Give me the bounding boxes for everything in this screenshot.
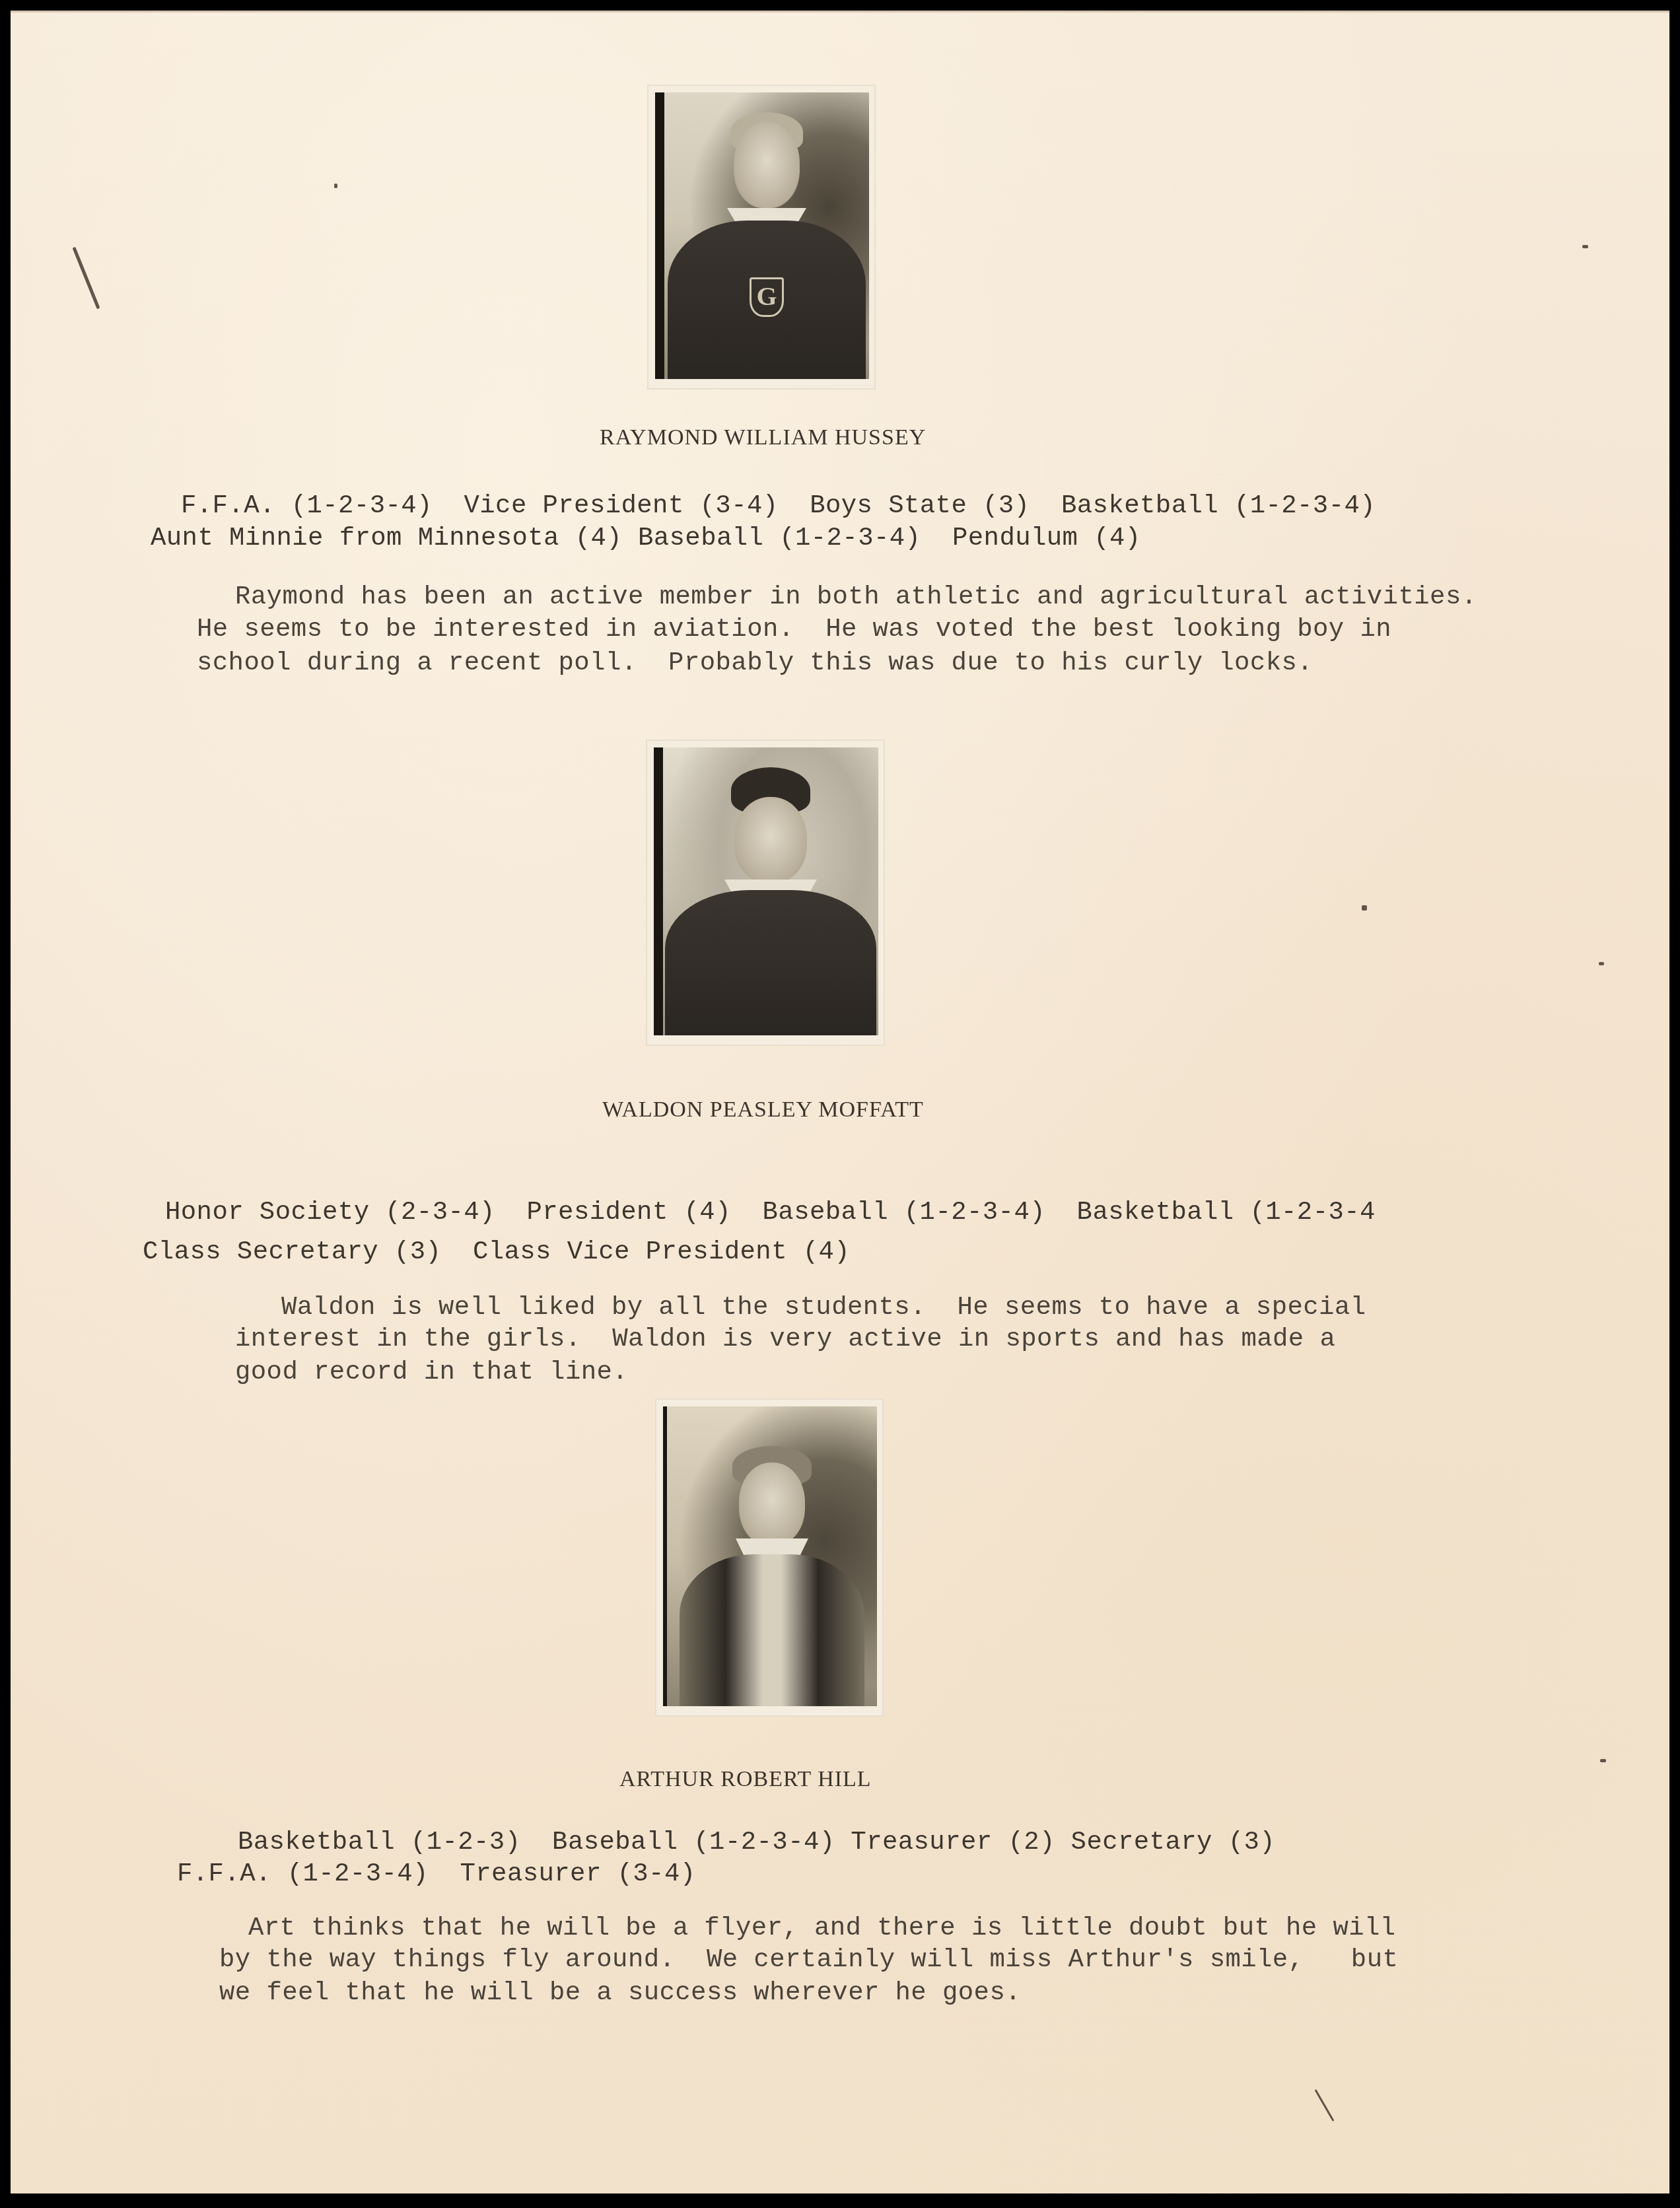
speck [334,184,337,188]
activities-line: Honor Society (2-3-4) President (4) Base… [165,1198,1376,1227]
student-photo-arthur [656,1400,882,1715]
speck [1600,1759,1606,1762]
portrait-photo-icon: G [655,92,869,379]
student-photo-raymond: G [648,86,874,388]
portrait-photo-icon [654,747,878,1035]
description-line: Raymond has been an active member in bot… [235,582,1477,611]
activities-line: F.F.A. (1-2-3-4) Vice President (3-4) Bo… [181,491,1376,520]
activities-line: Aunt Minnie from Minnesota (4) Baseball … [151,524,1141,553]
activities-line: Class Secretary (3) Class Vice President… [143,1237,850,1266]
description-line: we feel that he will be a success wherev… [219,1978,1021,2007]
yearbook-page: G RAYMOND WILLIAM HUSSEY F.F.A. (1-2-3-4… [11,11,1669,2193]
speck [1314,2089,1334,2122]
speck [1582,245,1588,248]
description-line: Waldon is well liked by all the students… [281,1293,1366,1322]
description-line: school during a recent poll. Probably th… [197,648,1313,677]
description-line: good record in that line. [235,1358,628,1387]
student-name: ARTHUR ROBERT HILL [619,1767,872,1792]
activities-line: Basketball (1-2-3) Baseball (1-2-3-4) Tr… [238,1828,1275,1857]
pencil-mark [72,247,100,310]
portrait-photo-icon [663,1406,877,1706]
description-line: He seems to be interested in aviation. H… [197,615,1391,644]
description-line: Art thinks that he will be a flyer, and … [248,1914,1396,1943]
description-line: interest in the girls. Waldon is very ac… [235,1325,1335,1354]
speck [1599,962,1604,965]
student-photo-waldon [647,741,884,1045]
student-name: RAYMOND WILLIAM HUSSEY [600,425,926,450]
torn-paper-edge [11,11,1669,23]
description-line: by the way things fly around. We certain… [219,1945,1398,1974]
speck [1362,905,1367,911]
activities-line: F.F.A. (1-2-3-4) Treasurer (3-4) [177,1859,696,1888]
student-name: WALDON PEASLEY MOFFATT [602,1097,924,1122]
